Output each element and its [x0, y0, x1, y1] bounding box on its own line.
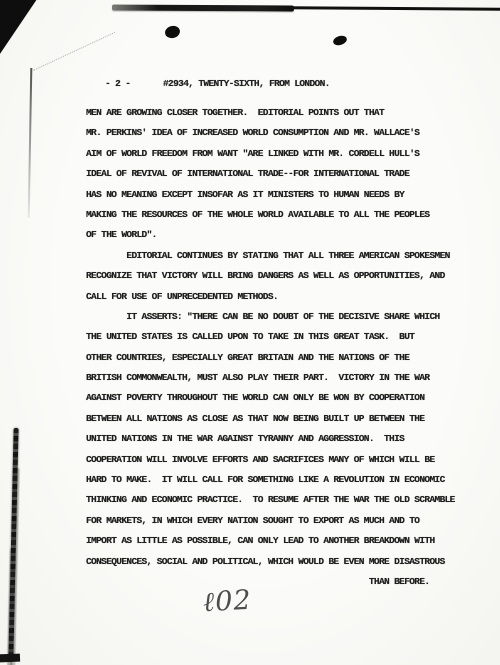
dispatch-reference: #2934, TWENTY-SIXTH, FROM LONDON.	[163, 78, 330, 89]
document-line: THINKING AND ECONOMIC PRACTICE. TO RESUM…	[86, 490, 486, 510]
document-line: COOPERATION WILL INVOLVE EFFORTS AND SAC…	[86, 450, 486, 470]
scan-bottom-corner-mark	[0, 654, 20, 663]
document-line: AIM OF WORLD FREEDOM FROM WANT "ARE LINK…	[86, 144, 486, 164]
scan-faint-diagonal-line	[33, 32, 115, 71]
punch-hole-dot-left	[164, 24, 181, 39]
document-line: OTHER COUNTRIES, ESPECIALLY GREAT BRITAI…	[86, 348, 486, 368]
document-line: HARD TO MAKE. IT WILL CALL FOR SOMETHING…	[86, 470, 486, 490]
page-number: - 2 -	[105, 78, 130, 89]
document-body: MEN ARE GROWING CLOSER TOGETHER. EDITORI…	[86, 103, 486, 592]
document-line: CONSEQUENCES, SOCIAL AND POLITICAL, WHIC…	[86, 552, 486, 572]
document-line: THE UNITED STATES IS CALLED UPON TO TAKE…	[86, 327, 486, 347]
document-line: IT ASSERTS: "THERE CAN BE NO DOUBT OF TH…	[86, 307, 486, 327]
document-line: EDITORIAL CONTINUES BY STATING THAT ALL …	[86, 246, 486, 266]
document-line: THAN BEFORE.	[86, 572, 486, 592]
document-line: RECOGNIZE THAT VICTORY WILL BRING DANGER…	[86, 266, 486, 286]
document-line: BRITISH COMMONWEALTH, MUST ALSO PLAY THE…	[86, 368, 486, 388]
document-line: CALL FOR USE OF UNPRECEDENTED METHODS.	[86, 287, 486, 307]
document-line: MEN ARE GROWING CLOSER TOGETHER. EDITORI…	[86, 103, 486, 123]
document-line: MR. PERKINS' IDEA OF INCREASED WORLD CON…	[86, 123, 486, 143]
scanned-document-page: - 2 - #2934, TWENTY-SIXTH, FROM LONDON. …	[0, 0, 500, 665]
scan-top-edge-smudge	[112, 5, 294, 12]
document-line: MAKING THE RESOURCES OF THE WHOLE WORLD …	[86, 205, 486, 225]
scan-left-edge-streak	[8, 428, 18, 659]
document-line: FOR MARKETS, IN WHICH EVERY NATION SOUGH…	[86, 511, 486, 531]
punch-hole-dot-right	[332, 34, 348, 47]
document-line: UNITED NATIONS IN THE WAR AGAINST TYRANN…	[86, 429, 486, 449]
document-line: IDEAL OF REVIVAL OF INTERNATIONAL TRADE-…	[86, 164, 486, 184]
handwritten-mark: ℓ02	[202, 585, 252, 619]
document-line: BETWEEN ALL NATIONS AS CLOSE AS THAT NOW…	[86, 409, 486, 429]
document-line: AGAINST POVERTY THROUGHOUT THE WORLD CAN…	[86, 388, 486, 408]
document-line: HAS NO MEANING EXCEPT INSOFAR AS IT MINI…	[86, 185, 486, 205]
scan-top-edge-line	[288, 6, 500, 10]
document-line: IMPORT AS LITTLE AS POSSIBLE, CAN ONLY L…	[86, 531, 486, 551]
document-line: OF THE WORLD".	[86, 225, 486, 245]
scan-left-faint-line	[28, 68, 33, 218]
scan-corner-triangle-artifact	[0, 0, 41, 56]
